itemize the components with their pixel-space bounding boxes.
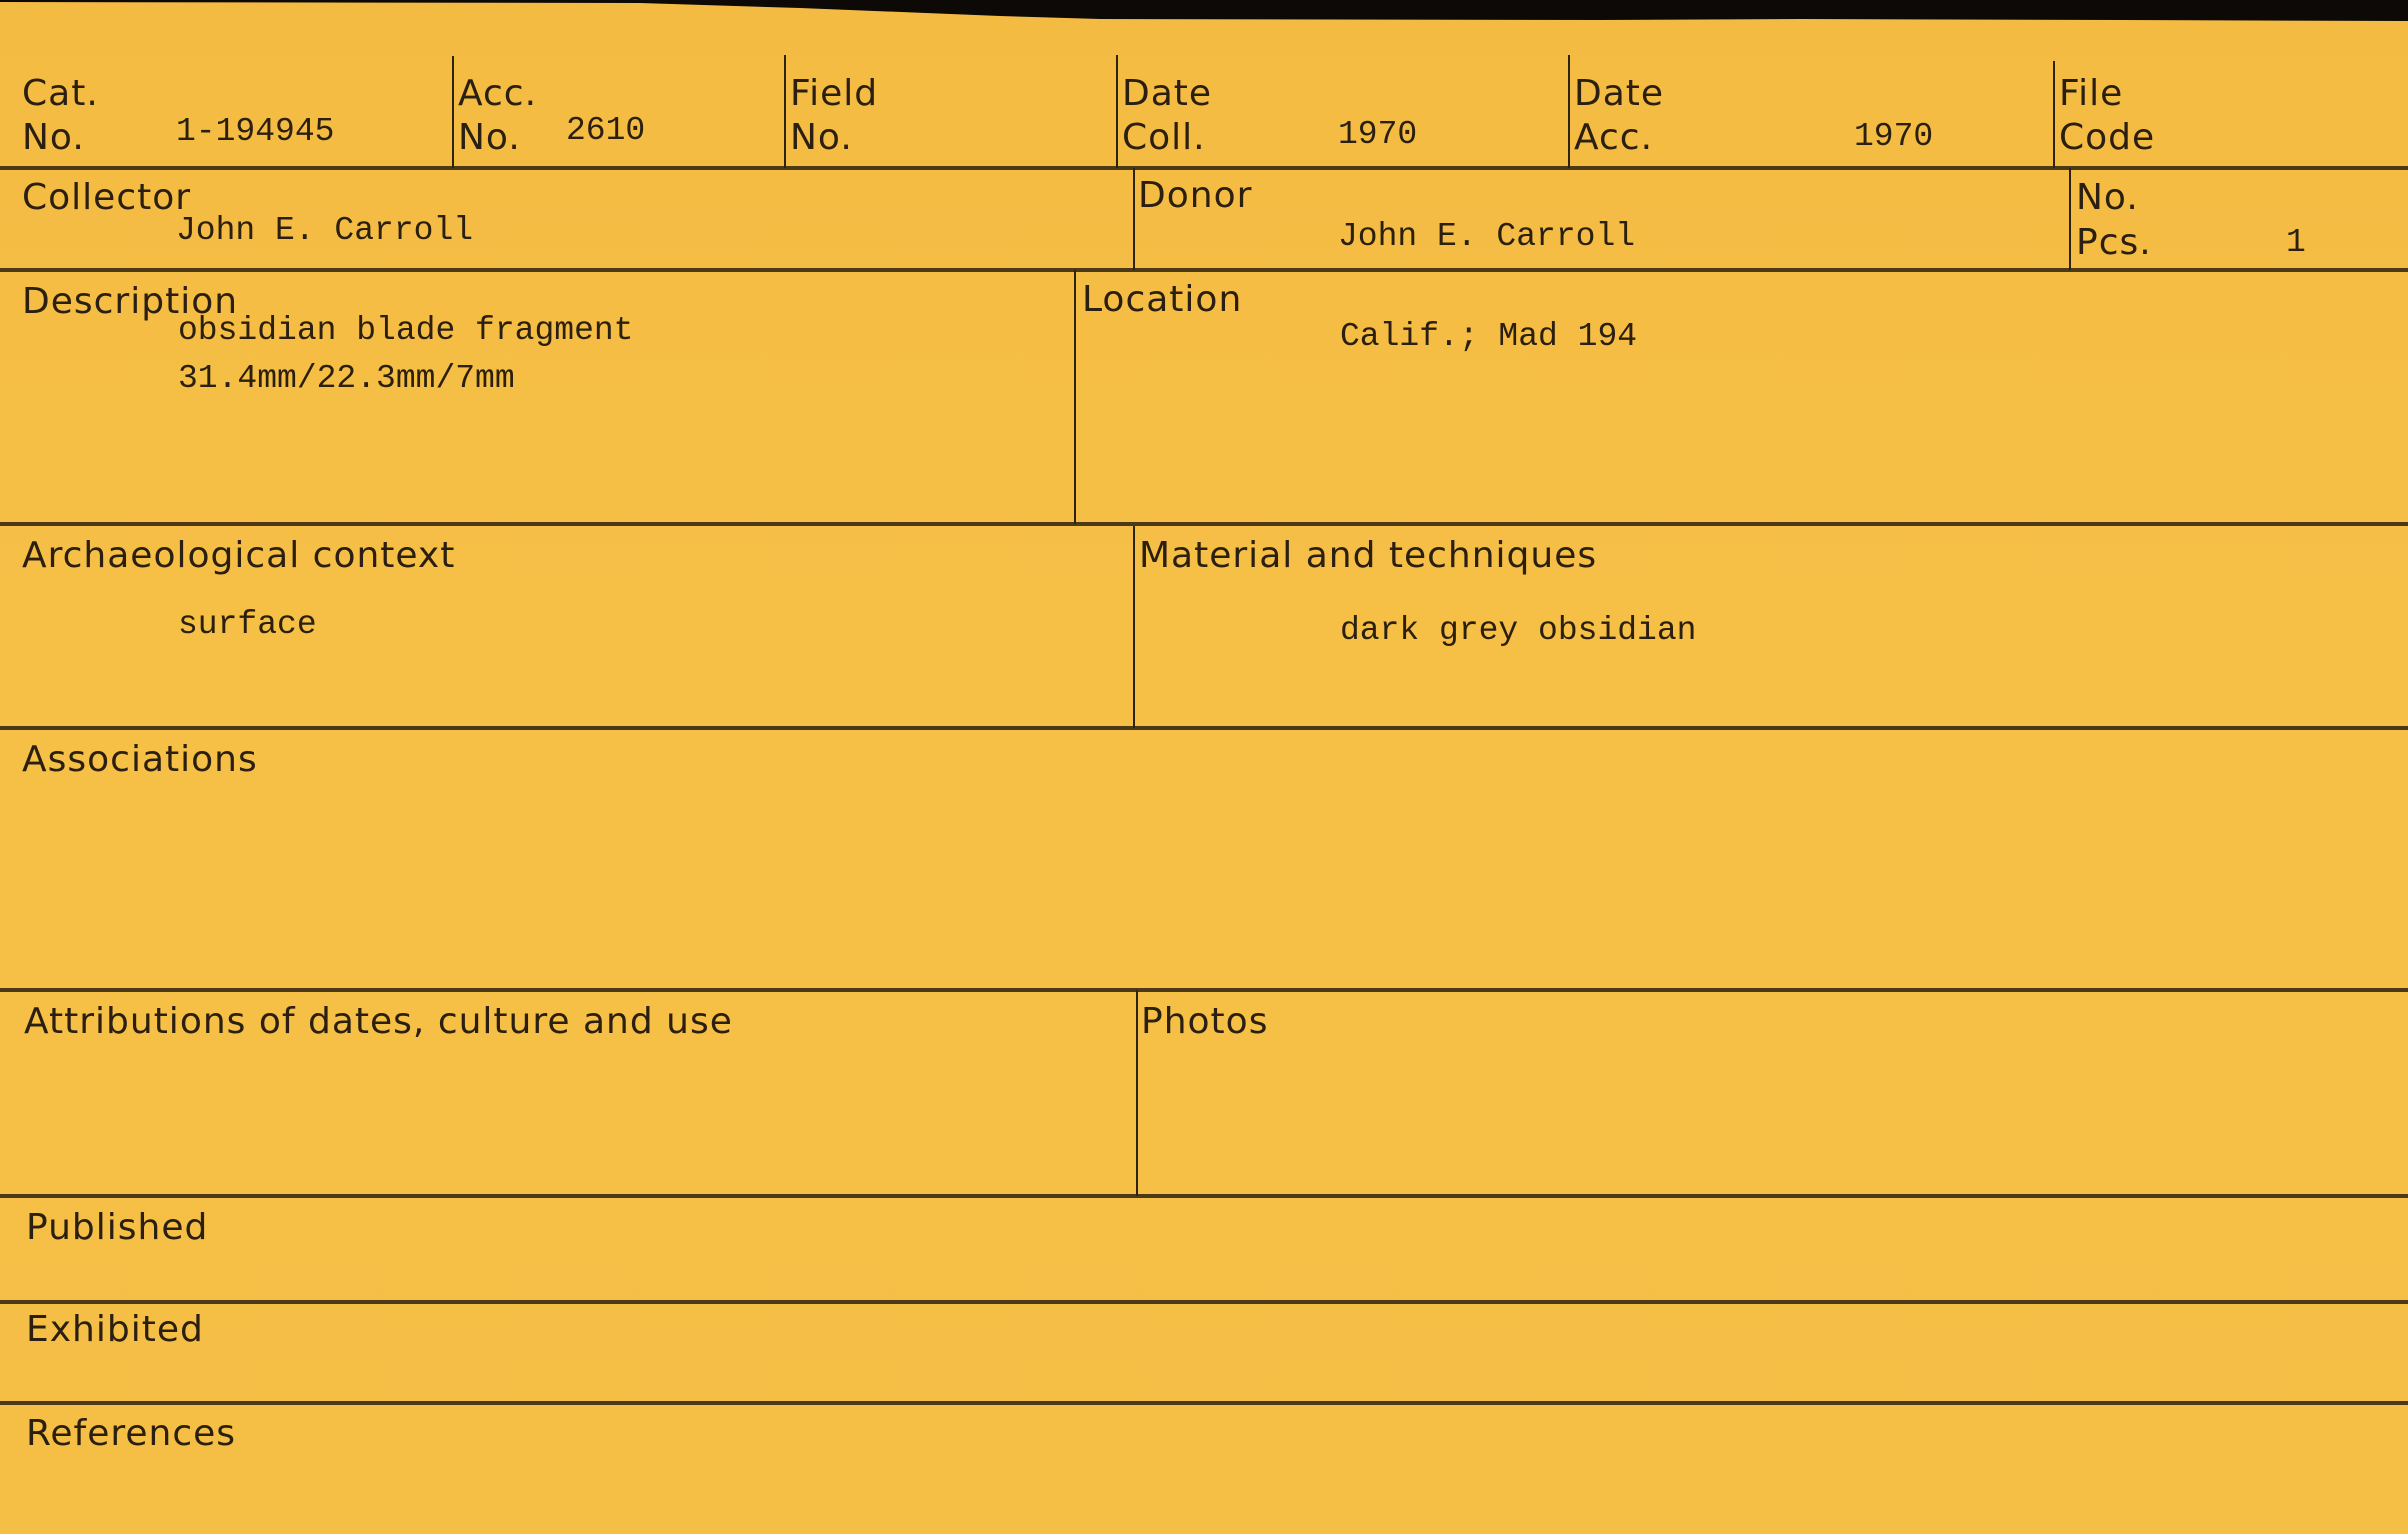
- rule-row1-bottom: [0, 166, 2408, 170]
- cat-no-label-2: No.: [22, 120, 85, 156]
- divider-donor-pieces: [2069, 168, 2071, 270]
- date-acc-value: 1970: [1854, 120, 1933, 153]
- cat-no-label-1: Cat.: [22, 76, 99, 112]
- references-label: References: [26, 1416, 236, 1452]
- date-coll-label-2: Coll.: [1122, 120, 1206, 156]
- cat-no-value: 1-194945: [176, 115, 334, 148]
- archaeological-context-value: surface: [178, 608, 317, 641]
- acc-no-label-1: Acc.: [458, 76, 537, 112]
- rule-row7-bottom: [0, 1300, 2408, 1304]
- rule-row2-bottom: [0, 268, 2408, 272]
- field-no-label-2: No.: [790, 120, 853, 156]
- description-line-1: obsidian blade fragment: [178, 314, 633, 347]
- rule-row3-bottom: [0, 522, 2408, 526]
- attributions-label: Attributions of dates, culture and use: [24, 1004, 733, 1040]
- acc-no-label-2: No.: [458, 120, 521, 156]
- pieces-label-1: No.: [2076, 180, 2139, 216]
- photos-label: Photos: [1141, 1004, 1268, 1040]
- associations-label: Associations: [22, 742, 258, 778]
- rule-row4-bottom: [0, 726, 2408, 730]
- field-no-label-1: Field: [790, 76, 878, 112]
- divider-description-location: [1074, 270, 1076, 524]
- collector-value: John E. Carroll: [176, 214, 473, 247]
- location-label: Location: [1082, 282, 1242, 318]
- scan-top-edge: [0, 0, 2408, 22]
- date-coll-label-1: Date: [1122, 76, 1212, 112]
- published-label: Published: [26, 1210, 208, 1246]
- divider-acc-field: [784, 55, 786, 168]
- date-acc-label-1: Date: [1574, 76, 1664, 112]
- file-code-label-2: Code: [2059, 120, 2155, 156]
- divider-cat-acc: [452, 56, 454, 168]
- location-value: Calif.; Mad 194: [1340, 320, 1637, 353]
- rule-row5-bottom: [0, 988, 2408, 992]
- collector-label: Collector: [22, 180, 191, 216]
- donor-value: John E. Carroll: [1338, 220, 1635, 253]
- date-coll-value: 1970: [1338, 118, 1417, 151]
- divider-field-datecoll: [1116, 55, 1118, 168]
- divider-datecoll-dateacc: [1568, 55, 1570, 168]
- date-acc-label-2: Acc.: [1574, 120, 1653, 156]
- pieces-label-2: Pcs.: [2076, 225, 2152, 261]
- divider-context-material: [1133, 526, 1135, 728]
- divider-dateacc-filecode: [2053, 61, 2055, 168]
- donor-label: Donor: [1138, 178, 1252, 214]
- pieces-value: 1: [2286, 226, 2306, 259]
- material-techniques-label: Material and techniques: [1139, 538, 1597, 574]
- description-line-2: 31.4mm/22.3mm/7mm: [178, 362, 515, 395]
- divider-collector-donor: [1133, 168, 1135, 270]
- acc-no-value: 2610: [566, 114, 645, 147]
- archaeological-context-label: Archaeological context: [22, 538, 455, 574]
- rule-row8-bottom: [0, 1401, 2408, 1405]
- divider-attributions-photos: [1136, 990, 1138, 1196]
- file-code-label-1: File: [2059, 76, 2123, 112]
- material-techniques-value: dark grey obsidian: [1340, 614, 1696, 647]
- rule-row6-bottom: [0, 1194, 2408, 1198]
- exhibited-label: Exhibited: [26, 1312, 204, 1348]
- catalog-card: Cat. No. 1-194945 Acc. No. 2610 Field No…: [0, 0, 2408, 1534]
